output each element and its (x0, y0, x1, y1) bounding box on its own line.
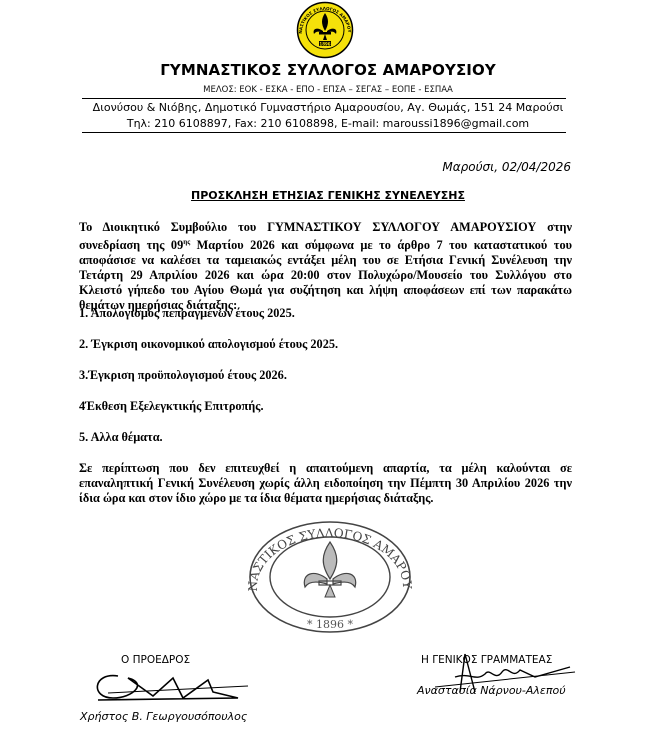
document-title: ΠΡΟΣΚΛΗΣΗ ΕΤΗΣΙΑΣ ΓΕΝΙΚΗΣ ΣΥΝΕΛΕΥΣΗΣ (0, 189, 656, 202)
agenda-item: 5. Αλλα θέματα. (79, 430, 572, 461)
president-name: Χρήστος Β. Γεωργουσόπουλος (80, 710, 247, 723)
agenda-item: 3.Έγκριση προϋπολογισμού έτους 2026. (79, 368, 572, 399)
agenda-item: 4Έκθεση Εξελεγκτικής Επιτροπής. (79, 399, 572, 430)
invitation-document: 1896 ΓΥΜΝΑΣΤΙΚΟΣ ΣΥΛΛΟΓΟΣ ΑΜΑΡΟΥΣΙΟΥ ΓΥΜ… (0, 0, 656, 735)
club-stamp-icon: ΓΥΜΝΑΣΤΙΚΟΣ ΣΥΛΛΟΓΟΣ ΑΜΑΡΟΥΣΙΟΥ * 1896 * (243, 517, 418, 637)
agenda-item: 1. Απολογισμός πεπραγμένων έτους 2025. (79, 306, 572, 337)
svg-text:* 1896 *: * 1896 * (307, 618, 353, 631)
header-divider-bottom (82, 132, 566, 133)
place-date: Μαρούσι, 02/04/2026 (442, 160, 571, 174)
closing-paragraph: Σε περίπτωση που δεν επιτευχθεί η απαιτο… (79, 461, 572, 506)
federation-memberships: ΜΕΛΟΣ: ΕΟΚ - ΕΣΚΑ - ΕΠΟ - ΕΠΣΑ – ΣΕΓΑΣ –… (0, 85, 656, 95)
president-signature-icon (88, 668, 258, 708)
intro-paragraph: Το Διοικητικό Συμβούλιο του ΓΥΜΝΑΣΤΙΚΟΥ … (79, 220, 572, 313)
club-logo-icon: 1896 ΓΥΜΝΑΣΤΙΚΟΣ ΣΥΛΛΟΓΟΣ ΑΜΑΡΟΥΣΙΟΥ (290, 1, 360, 59)
agenda-list: 1. Απολογισμός πεπραγμένων έτους 2025. 2… (79, 306, 572, 461)
organization-contact: Τηλ: 210 6108897, Fax: 210 6108898, E-ma… (0, 117, 656, 130)
organization-name: ΓΥΜΝΑΣΤΙΚΟΣ ΣΥΛΛΟΓΟΣ ΑΜΑΡΟΥΣΙΟΥ (0, 61, 656, 79)
svg-text:1896: 1896 (319, 41, 330, 46)
organization-address: Διονύσου & Νιόβης, Δημοτικό Γυμναστήριο … (0, 101, 656, 114)
header-divider-top (82, 98, 566, 99)
agenda-item: 2. Έγκριση οικονομικού απολογισμού έτους… (79, 337, 572, 368)
secretary-name: Αναστασία Νάρνου-Αλεπού (417, 684, 566, 697)
president-title: Ο ΠΡΟΕΔΡΟΣ (121, 654, 190, 666)
